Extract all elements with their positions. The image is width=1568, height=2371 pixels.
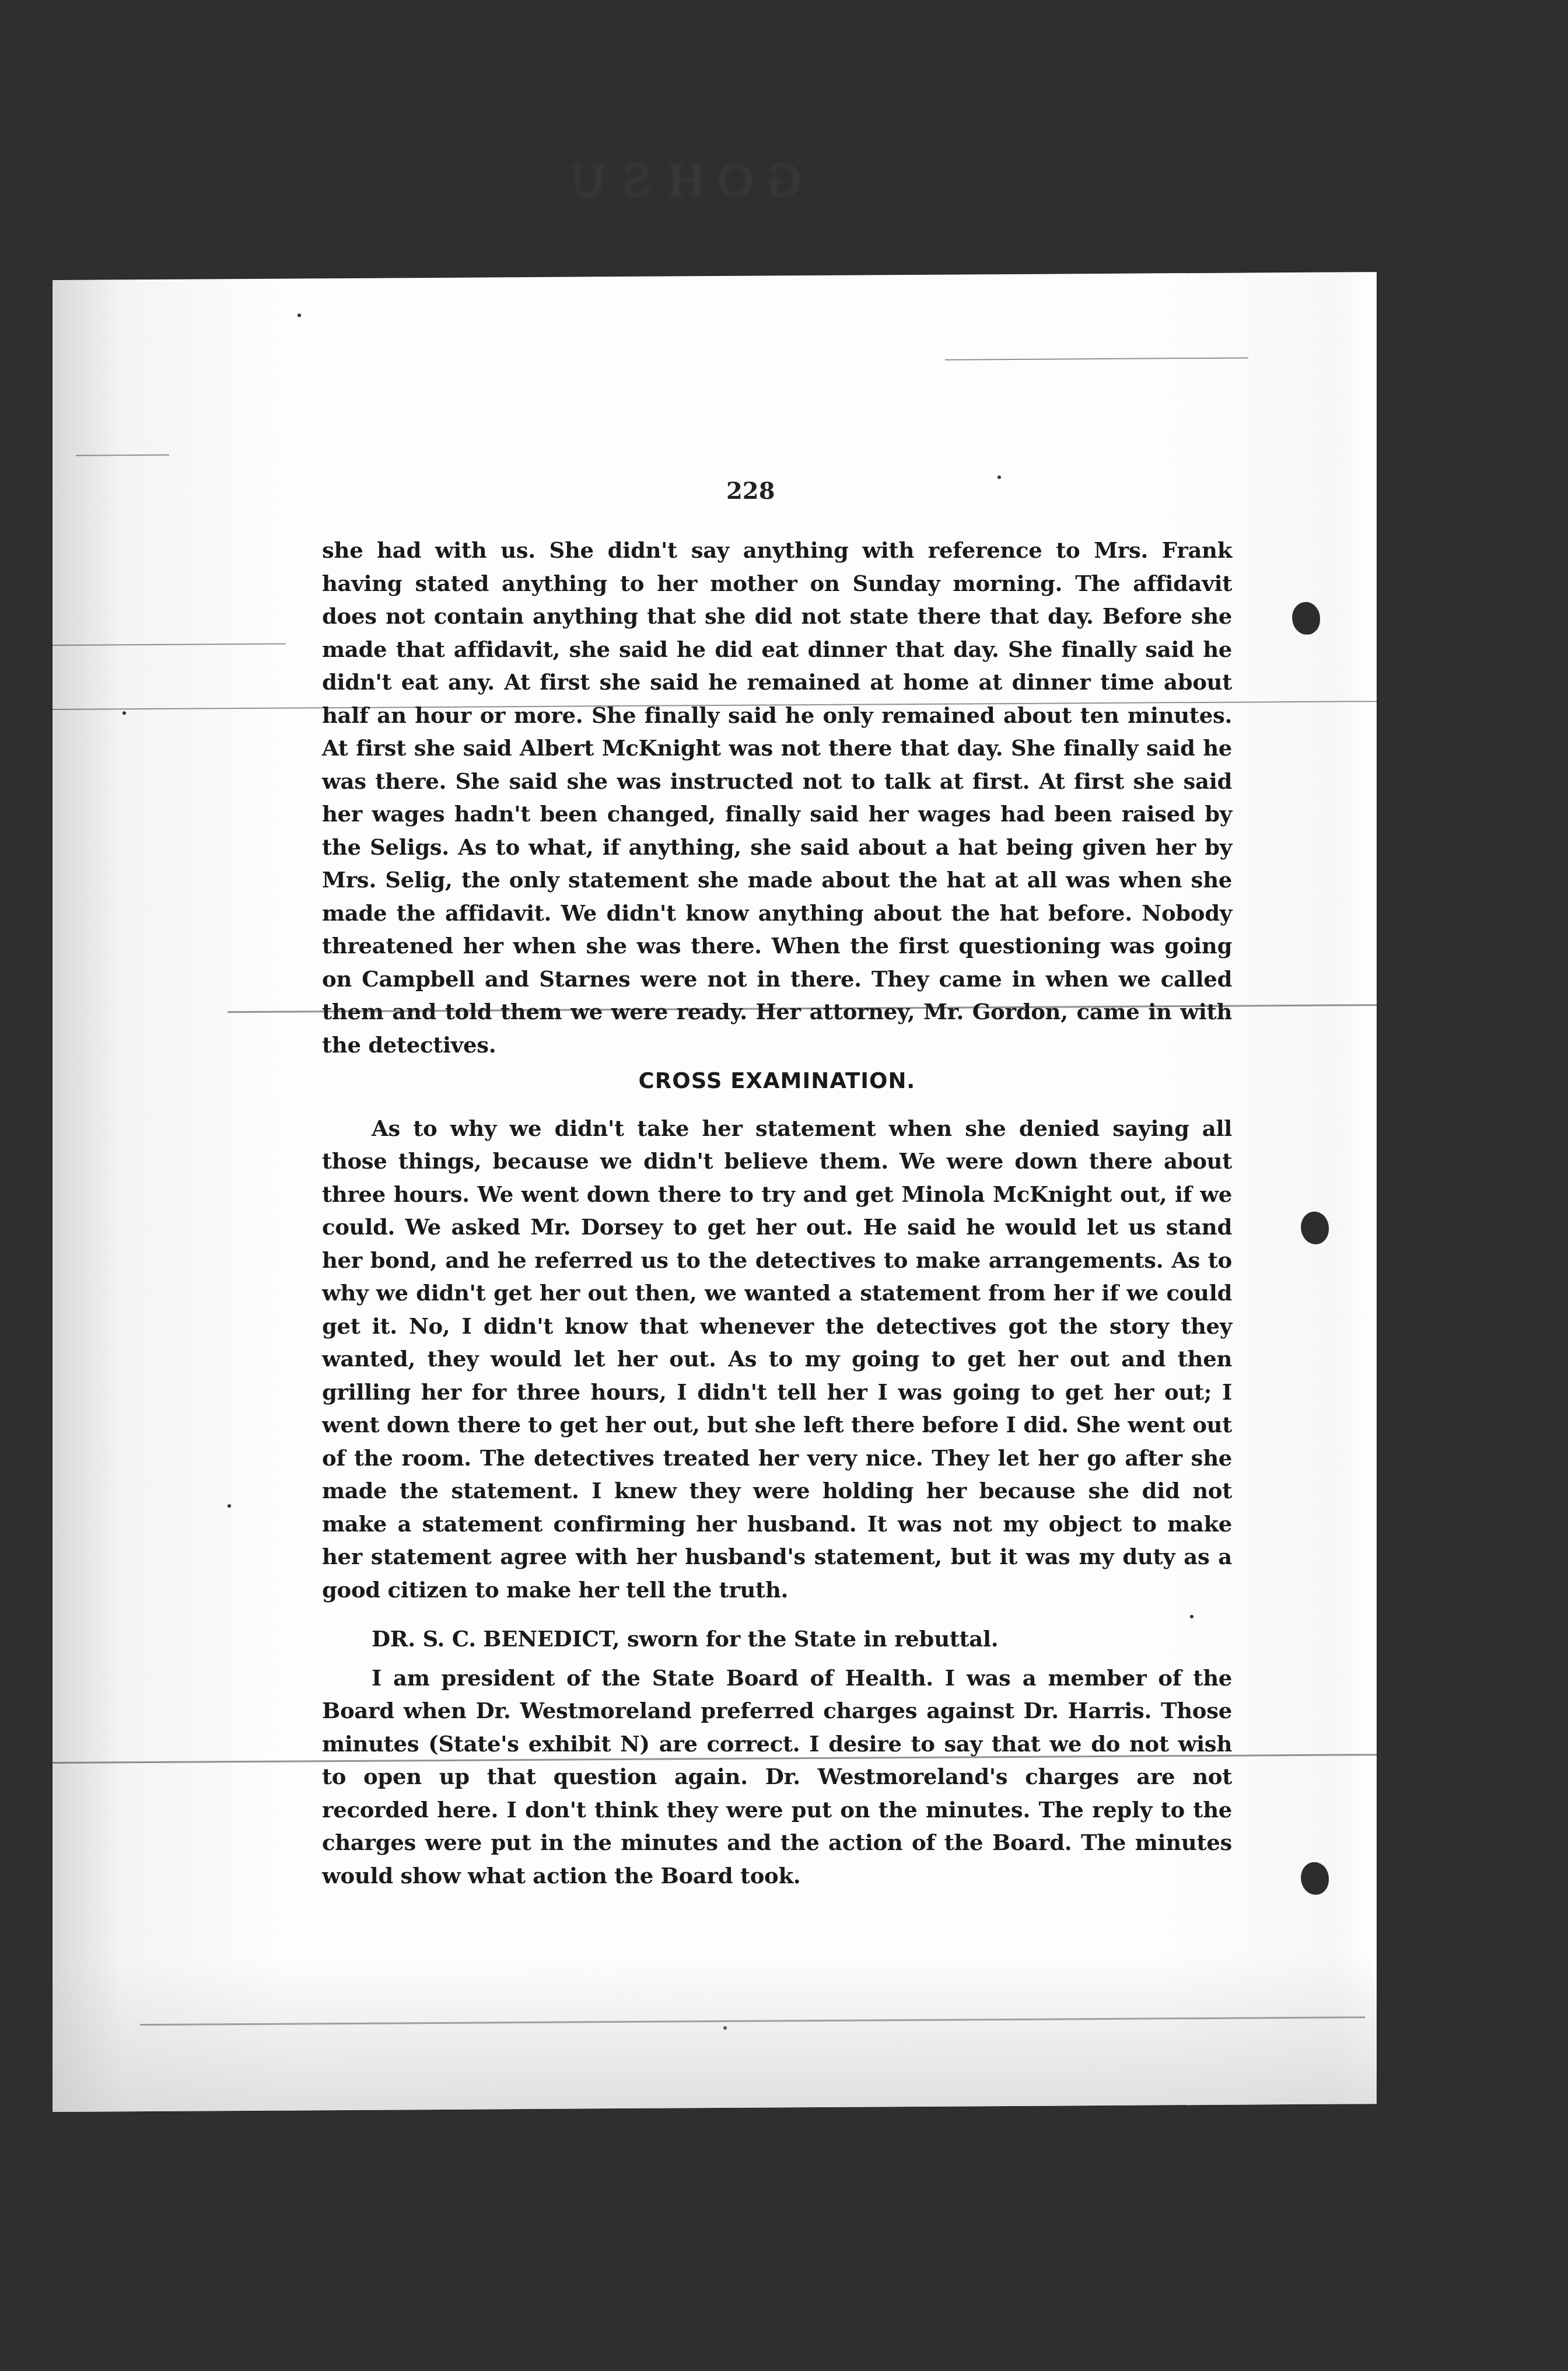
speck <box>998 475 1001 479</box>
scan-line <box>140 2016 1365 2026</box>
cross-examination-paragraph: As to why we didn't take her statement w… <box>322 1112 1232 1607</box>
punch-hole <box>1292 602 1320 635</box>
punch-hole <box>1301 1212 1329 1244</box>
speck <box>723 2026 727 2030</box>
witness-intro: DR. S. C. BENEDICT, sworn for the State … <box>322 1622 1232 1656</box>
spacer <box>322 1606 1232 1622</box>
punch-hole <box>1301 1862 1329 1895</box>
scan-line <box>945 357 1248 360</box>
direct-testimony-paragraph: she had with us. She didn't say anything… <box>322 534 1232 1061</box>
speck <box>123 711 126 715</box>
scan-line <box>76 454 169 456</box>
speck <box>297 313 301 317</box>
spacer <box>322 1656 1232 1662</box>
bleed-through-text: ＧＯＨＳＵ <box>560 149 805 208</box>
cross-examination-heading: CROSS EXAMINATION. <box>322 1065 1232 1098</box>
page-number: 228 <box>726 477 775 505</box>
scan-line <box>52 644 286 646</box>
testimony-text: she had with us. She didn't say anything… <box>322 534 1232 1892</box>
speck <box>228 1504 231 1508</box>
witness-testimony-paragraph: I am president of the State Board of Hea… <box>322 1662 1232 1893</box>
